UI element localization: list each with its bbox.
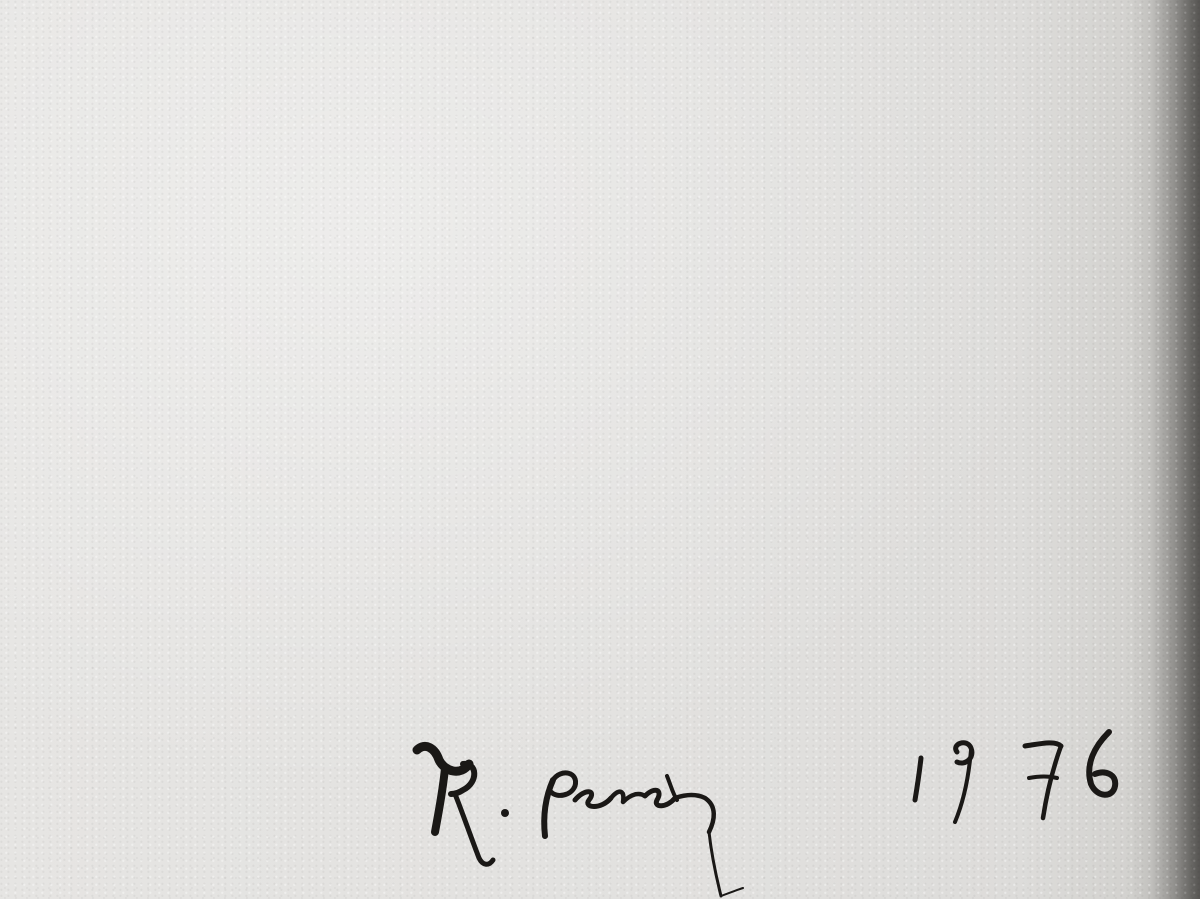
paper-surface: R. Perez 1976 bbox=[0, 0, 1200, 899]
handwritten-signature: R. Perez 1976 bbox=[405, 728, 1125, 899]
signature-ink-strokes bbox=[405, 728, 1125, 899]
frame-edge-shadow bbox=[1150, 0, 1200, 899]
